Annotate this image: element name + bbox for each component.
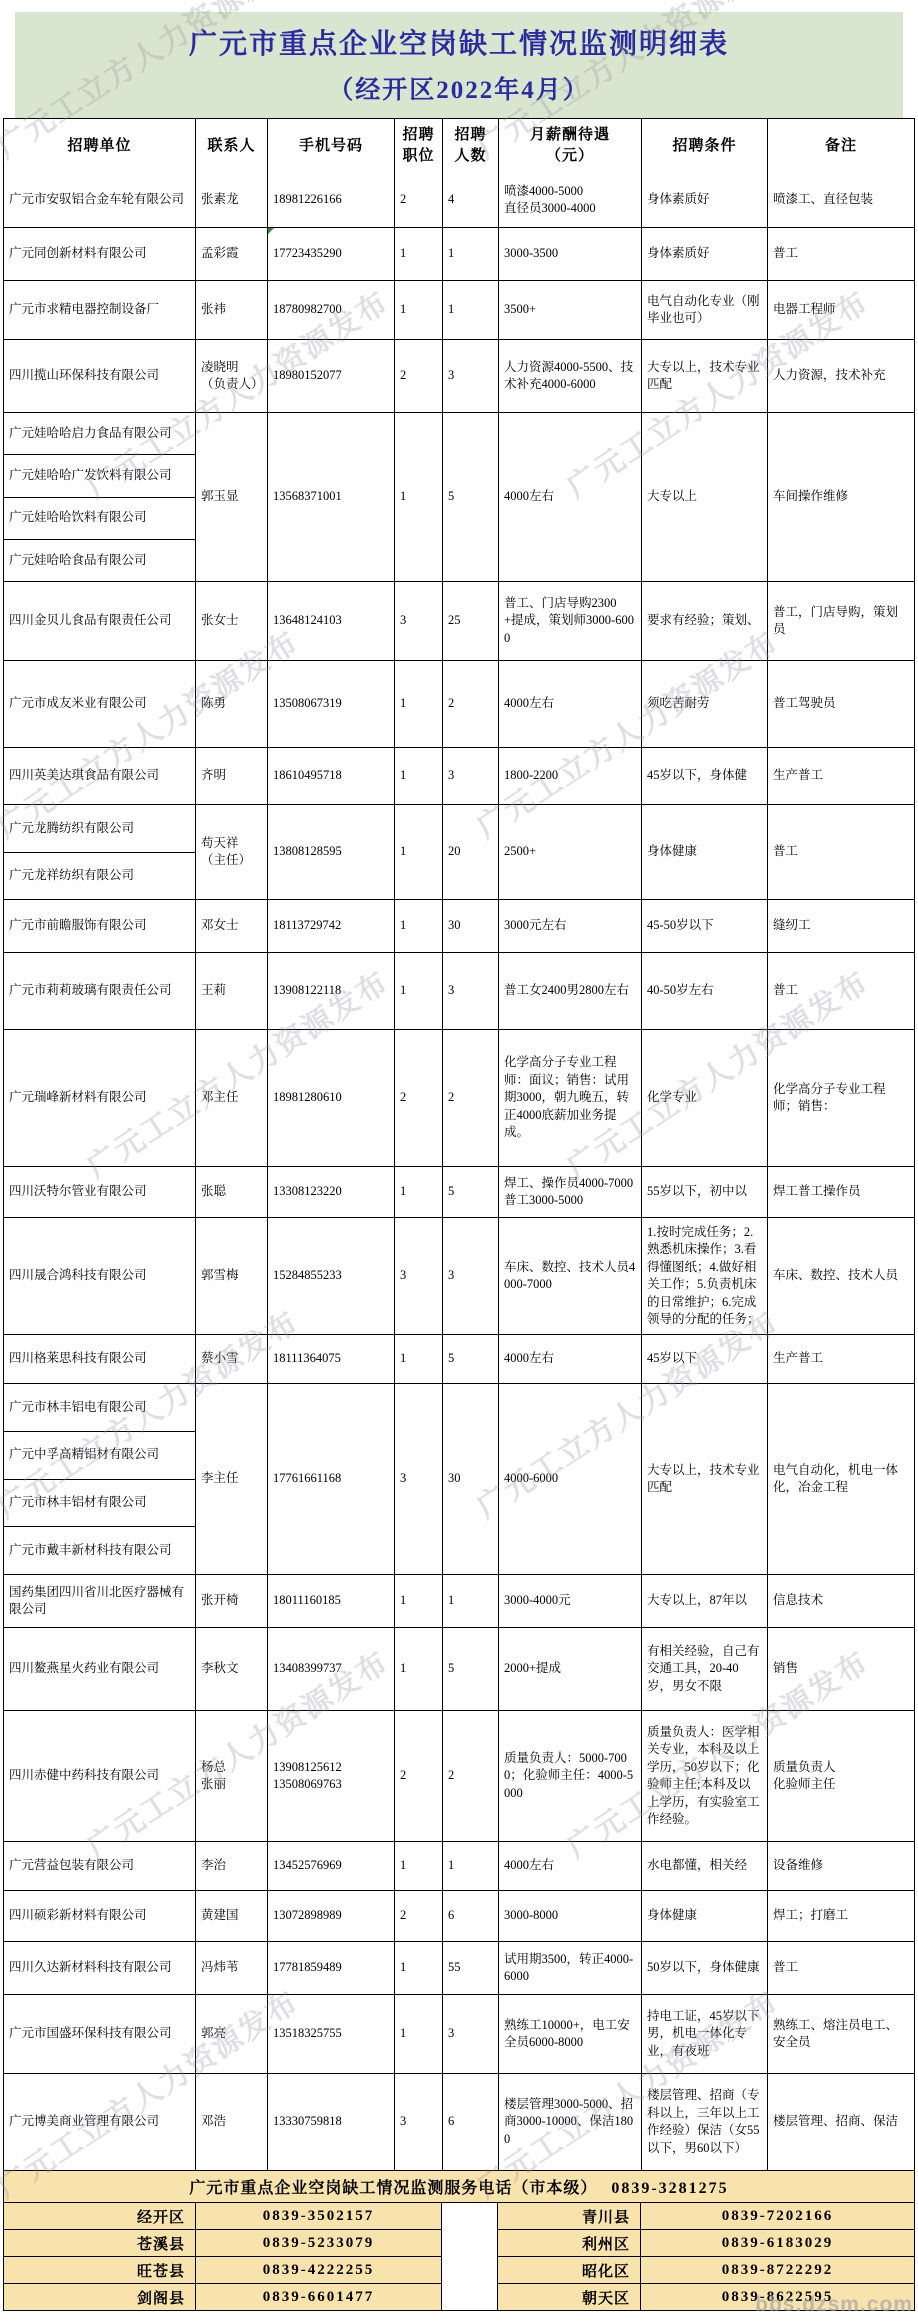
district-phone: 0839-6183029 <box>641 2230 914 2256</box>
conditions-cell: 大专以上 <box>642 413 767 581</box>
table-body: 广元市安驭铝合金车轮有限公司张素龙1898122616624喷漆4000-500… <box>4 173 914 2170</box>
contact-cell: 冯炜苇 <box>196 1942 267 1994</box>
remarks-cell: 普工 <box>768 228 914 280</box>
contact-cell: 张素龙 <box>196 173 267 227</box>
contact-cell: 张开椅 <box>196 1575 267 1627</box>
remarks-cell: 销售 <box>768 1628 914 1710</box>
conditions-cell: 化学专业 <box>642 1030 767 1166</box>
district-name: 朝天区 <box>498 2284 640 2310</box>
phone-cell: 13908125612 13508069763 <box>268 1711 394 1841</box>
phone-cell: 13808128595 <box>268 805 394 899</box>
remarks-cell: 电气自动化，机电一体化，冶金工程 <box>768 1384 914 1574</box>
salary-cell: 车床、数控、技术人员4000-7000 <box>499 1218 641 1334</box>
company-name: 广元市林丰铝材有限公司 <box>4 1480 195 1528</box>
company-cell: 四川硕彩新材料有限公司 <box>4 1891 195 1941</box>
salary-cell: 3500+ <box>499 281 641 339</box>
count-cell: 2 <box>443 1711 498 1841</box>
vacancy-table: 招聘单位 联系人 手机号码 招聘 职位 招聘 人数 月薪酬待遇 （元） 招聘条件… <box>3 118 915 2171</box>
company-cell: 广元市安驭铝合金车轮有限公司 <box>4 173 195 227</box>
positions-cell: 3 <box>395 582 442 660</box>
positions-cell: 1 <box>395 1842 442 1890</box>
table-row: 广元营益包装有限公司李治13452576969114000左右水电都懂，相关经设… <box>4 1842 914 1890</box>
salary-cell: 4000-6000 <box>499 1384 641 1574</box>
company-cell: 广元娃哈哈启力食品有限公司广元娃哈哈广发饮料有限公司广元娃哈哈饮料有限公司广元娃… <box>4 413 195 581</box>
district-phone: 0839-5233079 <box>196 2230 441 2256</box>
phone-cell: 13308123220 <box>268 1167 394 1217</box>
count-cell: 20 <box>443 805 498 899</box>
salary-cell: 普工女2400男2800左右 <box>499 953 641 1029</box>
phone-cell: 18780982700 <box>268 281 394 339</box>
positions-cell: 2 <box>395 340 442 412</box>
company-name: 广元龙腾纺织有限公司 <box>4 805 195 853</box>
remarks-cell: 普工驾驶员 <box>768 661 914 747</box>
contact-cell: 王莉 <box>196 953 267 1029</box>
table-row: 广元同创新材料有限公司孟彩霞17723435290113000-3500身体素质… <box>4 228 914 280</box>
count-cell: 3 <box>443 1995 498 2073</box>
salary-cell: 3000元左右 <box>499 900 641 952</box>
col-header-positions: 招聘 职位 <box>395 119 442 173</box>
contact-cell: 张祎 <box>196 281 267 339</box>
table-header-row: 招聘单位 联系人 手机号码 招聘 职位 招聘 人数 月薪酬待遇 （元） 招聘条件… <box>4 119 914 173</box>
remarks-cell: 普工 <box>768 805 914 899</box>
salary-cell: 人力资源4000-5500、技术补充4000-6000 <box>499 340 641 412</box>
company-cell: 广元龙腾纺织有限公司广元龙祥纺织有限公司 <box>4 805 195 899</box>
salary-cell: 3000-3500 <box>499 228 641 280</box>
table-row: 广元龙腾纺织有限公司广元龙祥纺织有限公司苟天祥（主任）1380812859512… <box>4 805 914 899</box>
company-cell: 四川揽山环保科技有限公司 <box>4 340 195 412</box>
table-row: 四川英美达琪食品有限公司齐明18610495718131800-220045岁以… <box>4 748 914 804</box>
salary-cell: 3000-8000 <box>499 1891 641 1941</box>
salary-cell: 2500+ <box>499 805 641 899</box>
district-name: 剑阁县 <box>4 2284 195 2310</box>
conditions-cell: 身体素质好 <box>642 228 767 280</box>
conditions-cell: 身体素质好 <box>642 173 767 227</box>
conditions-cell: 质量负责人：医学相关专业，本科及以上学历，50岁以下；化验师主任;本科及以上学历… <box>642 1711 767 1841</box>
table-row: 广元市莉莉玻璃有限责任公司王莉1390812211813普工女2400男2800… <box>4 953 914 1029</box>
conditions-cell: 身体健康 <box>642 1891 767 1941</box>
company-cell: 广元市林丰铝电有限公司广元中孚高精铝材有限公司广元市林丰铝材有限公司广元市戴丰新… <box>4 1384 195 1574</box>
district-name: 利州区 <box>498 2230 640 2256</box>
positions-cell: 1 <box>395 661 442 747</box>
conditions-cell: 55岁以下，初中以 <box>642 1167 767 1217</box>
page-title: 广元市重点企业空岗缺工情况监测明细表 <box>15 22 903 62</box>
company-cell: 四川鳌燕星火药业有限公司 <box>4 1628 195 1710</box>
table-row: 四川久达新材料科技有限公司冯炜苇17781859489155试用期3500，转正… <box>4 1942 914 1994</box>
positions-cell: 2 <box>395 1891 442 1941</box>
positions-cell: 1 <box>395 1995 442 2073</box>
conditions-cell: 水电都懂，相关经 <box>642 1842 767 1890</box>
phone-cell: 13330759818 <box>268 2074 394 2170</box>
phone-cell: 18610495718 <box>268 748 394 804</box>
remarks-cell: 缝纫工 <box>768 900 914 952</box>
company-cell: 四川久达新材料科技有限公司 <box>4 1942 195 1994</box>
company-cell: 广元同创新材料有限公司 <box>4 228 195 280</box>
phone-cell: 15284855233 <box>268 1218 394 1334</box>
remarks-cell: 设备维修 <box>768 1842 914 1890</box>
company-cell: 广元市前瞻服饰有限公司 <box>4 900 195 952</box>
conditions-cell: 楼层管理、招商（专科以上，三年以上工作经验）保洁（女55以下，男60以下） <box>642 2074 767 2170</box>
contact-cell: 郭雪梅 <box>196 1218 267 1334</box>
count-cell: 25 <box>443 582 498 660</box>
company-name: 广元娃哈哈食品有限公司 <box>4 540 195 581</box>
conditions-cell: 1.按时完成任务；2.熟悉机床操作；3.看得懂图纸；4.做好相关工作；5.负责机… <box>642 1218 767 1334</box>
positions-cell: 2 <box>395 1711 442 1841</box>
district-name: 经开区 <box>4 2203 195 2229</box>
count-cell: 2 <box>443 1030 498 1166</box>
salary-cell: 4000左右 <box>499 413 641 581</box>
table-row: 四川赤健中药科技有限公司杨总 张丽13908125612 13508069763… <box>4 1711 914 1841</box>
table-row: 广元市成友米业有限公司陈勇13508067319124000左右须吃苦耐劳普工驾… <box>4 661 914 747</box>
company-cell: 广元市国盛环保科技有限公司 <box>4 1995 195 2073</box>
phone-cell: 18981280610 <box>268 1030 394 1166</box>
remarks-cell: 焊工；打磨工 <box>768 1891 914 1941</box>
remarks-cell: 普工 <box>768 953 914 1029</box>
count-cell: 3 <box>443 340 498 412</box>
contact-cell: 张聪 <box>196 1167 267 1217</box>
count-cell: 1 <box>443 1842 498 1890</box>
company-name: 广元娃哈哈饮料有限公司 <box>4 498 195 540</box>
company-cell: 广元营益包装有限公司 <box>4 1842 195 1890</box>
conditions-cell: 40-50岁左右 <box>642 953 767 1029</box>
table-row: 四川揽山环保科技有限公司凌晓明（负责人）1898015207723人力资源400… <box>4 340 914 412</box>
positions-cell: 3 <box>395 1384 442 1574</box>
contact-cell: 郭玉显 <box>196 413 267 581</box>
remarks-cell: 焊工普工操作员 <box>768 1167 914 1217</box>
district-name: 苍溪县 <box>4 2230 195 2256</box>
col-header-remarks: 备注 <box>768 119 914 173</box>
salary-cell: 3000-4000元 <box>499 1575 641 1627</box>
table-row: 广元瑞峰新材料有限公司邓主任1898128061022化学高分子专业工程师：面议… <box>4 1030 914 1166</box>
company-cell: 四川金贝儿食品有限责任公司 <box>4 582 195 660</box>
count-cell: 2 <box>443 661 498 747</box>
positions-cell: 1 <box>395 281 442 339</box>
count-cell: 1 <box>443 281 498 339</box>
company-cell: 广元博美商业管理有限公司 <box>4 2074 195 2170</box>
table-row: 广元市国盛环保科技有限公司郭亮1351832575513熟练工10000+，电工… <box>4 1995 914 2073</box>
remarks-cell: 楼层管理、招商、保洁 <box>768 2074 914 2170</box>
table-row: 广元市安驭铝合金车轮有限公司张素龙1898122616624喷漆4000-500… <box>4 173 914 227</box>
table-row: 四川格莱思科技有限公司蔡小雪18111364075154000左右45岁以下生产… <box>4 1335 914 1383</box>
company-cell: 广元市莉莉玻璃有限责任公司 <box>4 953 195 1029</box>
phone-cell: 13518325755 <box>268 1995 394 2073</box>
salary-cell: 焊工、操作员4000-7000普工3000-5000 <box>499 1167 641 1217</box>
remarks-cell: 电器工程师 <box>768 281 914 339</box>
count-cell: 5 <box>443 413 498 581</box>
contact-cell: 黄建国 <box>196 1891 267 1941</box>
positions-cell: 3 <box>395 2074 442 2170</box>
col-header-phone: 手机号码 <box>268 119 394 173</box>
company-name: 广元市林丰铝电有限公司 <box>4 1384 195 1432</box>
salary-cell: 质量负责人：5000-7000；化验师主任：4000-5000 <box>499 1711 641 1841</box>
phone-cell: 13908122118 <box>268 953 394 1029</box>
positions-cell: 1 <box>395 228 442 280</box>
salary-cell: 2000+提成 <box>499 1628 641 1710</box>
site-watermark: bbs.dzsm.com <box>755 2293 913 2317</box>
company-name: 广元市戴丰新材科技有限公司 <box>4 1527 195 1574</box>
company-name: 广元娃哈哈启力食品有限公司 <box>4 413 195 455</box>
conditions-cell: 须吃苦耐劳 <box>642 661 767 747</box>
phone-cell: 13452576969 <box>268 1842 394 1890</box>
count-cell: 5 <box>443 1628 498 1710</box>
contact-cell: 苟天祥（主任） <box>196 805 267 899</box>
conditions-cell: 大专以上，87年以 <box>642 1575 767 1627</box>
conditions-cell: 45-50岁以下 <box>642 900 767 952</box>
contact-cell: 陈勇 <box>196 661 267 747</box>
positions-cell: 1 <box>395 805 442 899</box>
company-cell: 四川沃特尔管业有限公司 <box>4 1167 195 1217</box>
positions-cell: 1 <box>395 900 442 952</box>
conditions-cell: 电气自动化专业（刚毕业也可） <box>642 281 767 339</box>
remarks-cell: 人力资源，技术补充 <box>768 340 914 412</box>
count-cell: 30 <box>443 1384 498 1574</box>
col-header-conditions: 招聘条件 <box>642 119 767 173</box>
company-cell: 广元市成友米业有限公司 <box>4 661 195 747</box>
company-cell: 广元瑞峰新材料有限公司 <box>4 1030 195 1166</box>
phone-cell: 18980152077 <box>268 340 394 412</box>
table-row: 四川硕彩新材料有限公司黄建国13072898989263000-8000身体健康… <box>4 1891 914 1941</box>
company-cell: 四川晟合鸿科技有限公司 <box>4 1218 195 1334</box>
count-cell: 3 <box>443 748 498 804</box>
company-cell: 四川赤健中药科技有限公司 <box>4 1711 195 1841</box>
remarks-cell: 生产普工 <box>768 748 914 804</box>
count-cell: 55 <box>443 1942 498 1994</box>
phone-cell: 13648124103 <box>268 582 394 660</box>
comment-marker <box>268 228 274 234</box>
table-row: 广元娃哈哈启力食品有限公司广元娃哈哈广发饮料有限公司广元娃哈哈饮料有限公司广元娃… <box>4 413 914 581</box>
count-cell: 3 <box>443 953 498 1029</box>
remarks-cell: 生产普工 <box>768 1335 914 1383</box>
count-cell: 1 <box>443 1575 498 1627</box>
remarks-cell: 普工，门店导购，策划员 <box>768 582 914 660</box>
contact-cell: 邓主任 <box>196 1030 267 1166</box>
salary-cell: 普工、门店导购2300+提成，策划师3000-6000 <box>499 582 641 660</box>
table-row: 广元博美商业管理有限公司邓浩1333075981836楼层管理3000-5000… <box>4 2074 914 2170</box>
remarks-cell: 车床、数控、技术人员 <box>768 1218 914 1334</box>
phone-cell: 17723435290 <box>268 228 394 280</box>
district-name: 旺苍县 <box>4 2257 195 2283</box>
contact-cell: 蔡小雪 <box>196 1335 267 1383</box>
remarks-cell: 喷漆工、直径包装 <box>768 173 914 227</box>
col-header-company: 招聘单位 <box>4 119 195 173</box>
count-cell: 4 <box>443 173 498 227</box>
conditions-cell: 要求有经验；策划、 <box>642 582 767 660</box>
col-header-contact: 联系人 <box>196 119 267 173</box>
contact-cell: 郭亮 <box>196 1995 267 2073</box>
conditions-cell: 持电工证，45岁以下男，机电一体化专业，有夜班 <box>642 1995 767 2073</box>
district-name: 青川县 <box>498 2203 640 2229</box>
phone-cell: 17761661168 <box>268 1384 394 1574</box>
positions-cell: 3 <box>395 1218 442 1334</box>
company-name: 广元娃哈哈广发饮料有限公司 <box>4 455 195 497</box>
service-phone-number: 0839-3281275 <box>611 2180 728 2197</box>
remarks-cell: 普工 <box>768 1942 914 1994</box>
salary-cell: 化学高分子专业工程师：面议；销售：试用期3000，朝九晚五，转正4000底薪加业… <box>499 1030 641 1166</box>
positions-cell: 1 <box>395 748 442 804</box>
salary-cell: 1800-2200 <box>499 748 641 804</box>
count-cell: 5 <box>443 1167 498 1217</box>
monitoring-sheet-page: 广元市重点企业空岗缺工情况监测明细表 （经开区2022年4月） 招聘单位 联系人… <box>0 0 918 2321</box>
remarks-cell: 质量负责人 化验师主任 <box>768 1711 914 1841</box>
company-cell: 国药集团四川省川北医疗器械有限公司 <box>4 1575 195 1627</box>
company-cell: 广元市求精电器控制设备厂 <box>4 281 195 339</box>
phone-cell: 17781859489 <box>268 1942 394 1994</box>
col-header-salary: 月薪酬待遇 （元） <box>499 119 641 173</box>
count-cell: 30 <box>443 900 498 952</box>
remarks-cell: 信息技术 <box>768 1575 914 1627</box>
phone-cell: 18111364075 <box>268 1335 394 1383</box>
positions-cell: 1 <box>395 1575 442 1627</box>
district-name: 昭化区 <box>498 2257 640 2283</box>
table-row: 广元市求精电器控制设备厂张祎18780982700113500+电气自动化专业（… <box>4 281 914 339</box>
positions-cell: 1 <box>395 953 442 1029</box>
contact-cell: 邓女士 <box>196 900 267 952</box>
phone-cell: 13508067319 <box>268 661 394 747</box>
salary-cell: 试用期3500，转正4000-6000 <box>499 1942 641 1994</box>
remarks-cell: 化学高分子专业工程师；销售： <box>768 1030 914 1166</box>
page-subtitle: （经开区2022年4月） <box>15 70 903 106</box>
conditions-cell: 身体健康 <box>642 805 767 899</box>
col-header-count: 招聘 人数 <box>443 119 498 173</box>
salary-cell: 喷漆4000-5000 直径员3000-4000 <box>499 173 641 227</box>
conditions-cell: 有相关经验，自己有交通工具，20-40岁，男女不限 <box>642 1628 767 1710</box>
footer-gap-cell <box>442 2203 497 2310</box>
contact-cell: 孟彩霞 <box>196 228 267 280</box>
phone-cell: 18113729742 <box>268 900 394 952</box>
service-phone-row: 广元市重点企业空岗缺工情况监测服务电话（市本级）0839-3281275 <box>3 2171 915 2203</box>
table-row: 广元市前瞻服饰有限公司邓女士181137297421303000元左右45-50… <box>4 900 914 952</box>
count-cell: 5 <box>443 1335 498 1383</box>
salary-cell: 熟练工10000+，电工安全员6000-8000 <box>499 1995 641 2073</box>
phone-cell: 13568371001 <box>268 413 394 581</box>
contact-cell: 齐明 <box>196 748 267 804</box>
contact-cell: 李秋文 <box>196 1628 267 1710</box>
count-cell: 3 <box>443 1218 498 1334</box>
positions-cell: 1 <box>395 1942 442 1994</box>
conditions-cell: 45岁以下 <box>642 1335 767 1383</box>
company-name: 广元中孚高精铝材有限公司 <box>4 1432 195 1480</box>
phone-cell: 18011160185 <box>268 1575 394 1627</box>
table-row: 四川鳌燕星火药业有限公司李秋文13408399737152000+提成有相关经验… <box>4 1628 914 1710</box>
district-phone: 0839-3502157 <box>196 2203 441 2229</box>
conditions-cell: 大专以上，技术专业匹配 <box>642 1384 767 1574</box>
title-band: 广元市重点企业空岗缺工情况监测明细表 （经开区2022年4月） <box>15 12 903 118</box>
count-cell: 6 <box>443 1891 498 1941</box>
company-cell: 四川英美达琪食品有限公司 <box>4 748 195 804</box>
salary-cell: 楼层管理3000-5000、招商3000-10000、保洁1800 <box>499 2074 641 2170</box>
table-row: 国药集团四川省川北医疗器械有限公司张开椅18011160185113000-40… <box>4 1575 914 1627</box>
contact-cell: 张女士 <box>196 582 267 660</box>
positions-cell: 1 <box>395 1167 442 1217</box>
table-row: 广元市林丰铝电有限公司广元中孚高精铝材有限公司广元市林丰铝材有限公司广元市戴丰新… <box>4 1384 914 1574</box>
contact-cell: 李主任 <box>196 1384 267 1574</box>
table-row: 四川沃特尔管业有限公司张聪1330812322015焊工、操作员4000-700… <box>4 1167 914 1217</box>
company-name: 广元龙祥纺织有限公司 <box>4 853 195 900</box>
table-row: 四川晟合鸿科技有限公司郭雪梅1528485523333车床、数控、技术人员400… <box>4 1218 914 1334</box>
company-cell: 四川格莱思科技有限公司 <box>4 1335 195 1383</box>
positions-cell: 2 <box>395 1030 442 1166</box>
table-row: 四川金贝儿食品有限责任公司张女士13648124103325普工、门店导购230… <box>4 582 914 660</box>
conditions-cell: 45岁以下，身体健 <box>642 748 767 804</box>
phone-cell: 13072898989 <box>268 1891 394 1941</box>
remarks-cell: 熟练工、熔注员电工、安全员 <box>768 1995 914 2073</box>
phone-cell: 13408399737 <box>268 1628 394 1710</box>
service-phone-label: 广元市重点企业空岗缺工情况监测服务电话（市本级） <box>189 2180 597 2197</box>
positions-cell: 1 <box>395 413 442 581</box>
salary-cell: 4000左右 <box>499 1842 641 1890</box>
count-cell: 6 <box>443 2074 498 2170</box>
positions-cell: 1 <box>395 1335 442 1383</box>
count-cell: 1 <box>443 228 498 280</box>
phone-cell: 18981226166 <box>268 173 394 227</box>
salary-cell: 4000左右 <box>499 661 641 747</box>
positions-cell: 2 <box>395 173 442 227</box>
district-phone: 0839-7202166 <box>641 2203 914 2229</box>
contact-cell: 杨总 张丽 <box>196 1711 267 1841</box>
conditions-cell: 大专以上，技术专业匹配 <box>642 340 767 412</box>
contact-cell: 李治 <box>196 1842 267 1890</box>
positions-cell: 1 <box>395 1628 442 1710</box>
remarks-cell: 车间操作维修 <box>768 413 914 581</box>
district-phone: 0839-4222255 <box>196 2257 441 2283</box>
district-phone: 0839-6601477 <box>196 2284 441 2310</box>
salary-cell: 4000左右 <box>499 1335 641 1383</box>
conditions-cell: 50岁以下，身体健康 <box>642 1942 767 1994</box>
district-phone: 0839-8722292 <box>641 2257 914 2283</box>
contact-cell: 凌晓明（负责人） <box>196 340 267 412</box>
contact-cell: 邓浩 <box>196 2074 267 2170</box>
